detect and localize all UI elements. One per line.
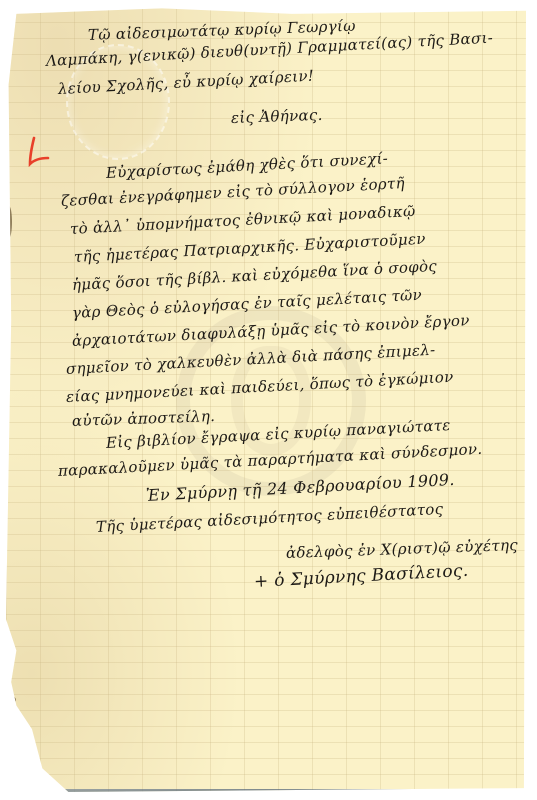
closing-line: Τῆς ὑμετέρας αἰδεσιμότητος εὐπειθέστατος [96, 500, 444, 536]
closing-line: ἀδελφὸς ἐν Χ(ριστ)ῷ εὐχέτης [286, 536, 519, 562]
red-pencil-margin-mark-icon [24, 136, 52, 168]
letter-page: Τῷ αἰδεσιμωτάτῳ κυρίῳ Γεωργίῳ Λαμπάκη, γ… [6, 6, 526, 792]
edge-stain [6, 696, 16, 704]
edge-stain [8, 736, 15, 743]
signature: + ὁ Σμύρνης Βασίλειος. [253, 561, 468, 592]
salutation-line: εἰς Ἀθήνας. [231, 106, 323, 127]
edge-stain [6, 206, 12, 238]
